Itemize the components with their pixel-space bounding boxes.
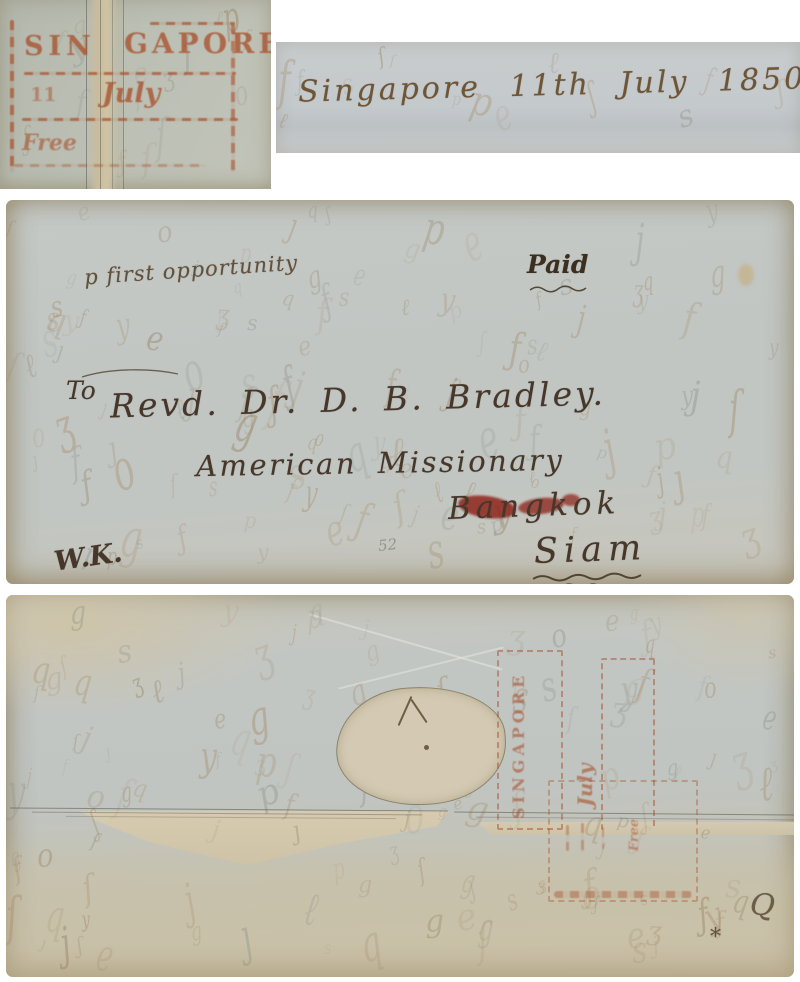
dateline-closeup-photo: Singapore 11th July 1850 fƒesſſpʃℓʃsℓƒp <box>276 42 800 153</box>
paper-crease <box>338 646 503 689</box>
ghost-script-glyph: ʒ <box>724 738 757 791</box>
ghost-script-glyph: ʃ <box>74 934 83 956</box>
ink-flourish-mark: Q <box>748 887 776 924</box>
ghost-script-glyph: p <box>307 601 323 635</box>
ghost-script-glyph: ℓ <box>400 296 410 319</box>
addressee-name-text: Revd. Dr. D. B. Bradley. <box>110 374 607 426</box>
docket-initials-text: W.K. <box>52 537 124 577</box>
ghost-script-glyph: ℓ <box>430 479 447 510</box>
torn-seal-area <box>333 683 509 810</box>
ghost-script-glyph: q <box>642 268 655 294</box>
ghost-script-glyph: o <box>155 218 176 249</box>
paper-fold-line <box>100 0 101 189</box>
ghost-script-glyph: ʒ <box>536 878 546 895</box>
ghost-script-glyph: y <box>114 308 132 345</box>
ghost-script-glyph: ʒ <box>386 838 401 864</box>
ghost-script-glyph: ℓ <box>20 349 42 384</box>
postmark-rule-3 <box>14 164 206 167</box>
ghost-script-glyph: ʒ <box>734 516 765 559</box>
ghost-script-glyph: e <box>451 898 481 939</box>
ghost-script-glyph: p <box>420 206 448 254</box>
ghost-script-glyph: ʒ <box>255 753 267 774</box>
ghost-script-glyph: p <box>650 426 679 468</box>
ghost-script-glyph: p <box>243 509 257 532</box>
ghost-script-glyph: g <box>303 261 325 295</box>
ghost-script-glyph: q <box>232 279 244 299</box>
ghost-script-glyph: ſ <box>6 890 20 943</box>
ghost-script-glyph: y <box>637 288 648 315</box>
ghost-script-glyph: ℓ <box>757 758 775 808</box>
ghost-script-glyph: g <box>120 778 134 806</box>
postmark-rule-2 <box>22 118 238 121</box>
ghost-script-glyph: q <box>714 442 732 473</box>
ghost-script-glyph: j <box>292 622 297 645</box>
ghost-script-glyph: ſ <box>217 311 223 332</box>
ghost-script-glyph: e <box>625 919 646 956</box>
ghost-script-glyph: p <box>595 444 608 462</box>
ghost-script-glyph: ʃ <box>323 206 333 225</box>
ghost-script-glyph: j <box>363 617 370 639</box>
address-line4-text: Siam <box>533 528 648 572</box>
ghost-script-glyph: p <box>254 740 278 784</box>
ghost-script-glyph: ƒ <box>315 281 338 323</box>
ghost-script-glyph: p <box>690 498 705 534</box>
ghost-script-glyph: ʒ <box>247 632 279 681</box>
ghost-script-glyph: ȷ <box>709 746 719 770</box>
ghost-script-glyph: s <box>48 293 66 324</box>
postmark-frame-top <box>150 22 235 25</box>
ghost-script-glyph: ƒ <box>76 466 96 505</box>
postmark-frame-left <box>10 20 14 172</box>
rate-marking-paid-text: Paid <box>527 250 588 279</box>
ghost-script-glyph: ƒ <box>645 463 657 489</box>
back-postmark-partial-frame <box>548 780 698 902</box>
ghost-script-glyph: ſ <box>390 54 396 69</box>
ghost-script-glyph: ſ <box>168 472 179 499</box>
ghost-script-glyph: ℓ <box>533 338 550 368</box>
ghost-script-glyph: g <box>189 920 204 947</box>
ghost-script-glyph: ʒ <box>216 300 231 328</box>
ghost-script-glyph: g <box>709 255 727 295</box>
ghost-script-glyph: ȷ <box>40 936 47 953</box>
ghost-script-glyph: f <box>696 673 708 702</box>
ghost-script-glyph: f <box>278 55 291 108</box>
routing-endorsement-text: p first opportunity <box>83 251 298 290</box>
ghost-script-glyph: o <box>104 441 142 502</box>
ghost-script-glyph: j <box>635 219 644 265</box>
siam-second-squiggle <box>562 582 614 584</box>
ghost-script-glyph: ſ <box>728 385 741 437</box>
ghost-script-glyph: g <box>43 663 65 696</box>
postmark-town-left-text: SIN <box>24 33 96 60</box>
tear-dot <box>424 745 429 750</box>
ghost-script-glyph: ƒ <box>173 524 193 557</box>
ghost-script-glyph: q <box>71 663 94 703</box>
ghost-script-glyph: y <box>680 383 693 409</box>
back-postmark-town-text: SINGAPORE <box>511 657 527 819</box>
ghost-script-glyph: g <box>667 758 680 781</box>
cover-front-photo: p first opportunity Paid To Revd. Dr. D.… <box>6 200 794 584</box>
ghost-script-glyph: e <box>73 200 93 225</box>
ghost-script-glyph: s <box>339 284 350 310</box>
ghost-script-glyph: q <box>306 595 326 627</box>
ghost-script-glyph: s <box>247 313 258 334</box>
ghost-script-glyph: j <box>175 660 188 689</box>
paid-underline-squiggle <box>529 283 587 294</box>
postmark-town-right-text: GAPORE <box>124 30 271 58</box>
ghost-script-glyph: j <box>178 877 200 925</box>
ghost-script-glyph: y <box>256 542 269 563</box>
ghost-script-glyph: s <box>631 932 649 971</box>
ghost-script-glyph: g <box>69 596 86 629</box>
address-line2-text: American Missionary <box>196 443 565 483</box>
ghost-script-glyph: y <box>646 608 665 640</box>
ghost-script-glyph: s <box>673 100 697 134</box>
ghost-script-glyph: y <box>62 307 80 337</box>
ghost-script-glyph: ſ <box>474 916 491 964</box>
ghost-script-glyph: q <box>644 633 655 658</box>
ghost-script-glyph: ſ <box>387 487 410 527</box>
ghost-script-glyph: ſ <box>6 349 22 386</box>
ghost-script-glyph: ʒ <box>768 757 779 773</box>
ghost-script-glyph: ȷ <box>103 432 120 466</box>
ghost-script-glyph: s <box>767 644 777 661</box>
ghost-script-glyph: g <box>425 906 445 938</box>
ghost-script-glyph: q <box>43 303 69 340</box>
ghost-script-glyph: ſ <box>414 856 429 886</box>
ghost-script-glyph: j <box>78 722 94 755</box>
ghost-script-glyph: e <box>455 218 491 273</box>
ghost-script-glyph: p <box>251 773 283 814</box>
ghost-script-glyph: e <box>213 705 229 734</box>
tan-paper-patch <box>636 595 794 695</box>
ghost-script-glyph: ȷ <box>104 744 113 764</box>
ghost-script-glyph: o <box>703 674 718 704</box>
ghost-script-glyph: y <box>302 476 319 512</box>
ghost-script-glyph: j <box>690 377 701 415</box>
ghost-script-glyph: f <box>61 758 68 777</box>
back-postmark-blotch <box>554 891 692 898</box>
ghost-script-glyph: g <box>360 638 383 668</box>
ghost-script-glyph: y <box>6 769 26 821</box>
ghost-script-glyph: g <box>402 235 422 264</box>
ghost-script-glyph: j <box>576 302 588 339</box>
ghost-script-glyph: g <box>65 267 78 289</box>
ghost-script-glyph: e <box>295 333 314 362</box>
ghost-script-glyph: g <box>358 875 372 898</box>
back-postmark-free-fragment: Free <box>628 805 644 865</box>
ghost-script-glyph: e <box>605 606 620 636</box>
paper-stain <box>738 264 754 286</box>
ghost-script-glyph: j <box>57 922 75 967</box>
ghost-script-glyph: f <box>702 500 710 530</box>
paper-crease <box>310 613 503 670</box>
ghost-script-glyph: ſ <box>79 870 97 907</box>
address-line3-text: Bangkok <box>447 485 620 527</box>
ghost-script-glyph: ℓ <box>276 111 289 134</box>
ghost-script-glyph: y <box>199 738 217 779</box>
ghost-script-glyph: ʒ <box>128 671 147 698</box>
ghost-script-glyph: q <box>306 200 318 222</box>
ghost-script-glyph: f <box>8 853 28 884</box>
postmark-month-text: July <box>102 80 160 107</box>
ghost-script-glyph: q <box>44 892 68 940</box>
ghost-script-glyph: s <box>36 317 63 367</box>
ghost-script-glyph: j <box>657 499 668 531</box>
ghost-script-glyph: g <box>243 692 274 743</box>
ghost-script-glyph: e <box>320 508 349 555</box>
ghost-script-glyph: e <box>350 261 368 293</box>
ghost-script-glyph: ſ <box>33 685 39 705</box>
ghost-script-glyph: f <box>214 752 223 769</box>
ghost-script-glyph: y <box>703 200 720 227</box>
ghost-script-glyph: ſ <box>375 45 388 69</box>
ghost-script-glyph: q <box>226 716 255 767</box>
back-postmark-free-label: Free <box>627 819 642 851</box>
dateline-text: Singapore 11th July 1850 <box>298 61 800 109</box>
cover-back-photo: SINGAPORE July Free Q * fffpʒſʃjsggſʒpʒg… <box>6 595 794 977</box>
ghost-script-glyph: j <box>410 502 420 527</box>
ghost-script-glyph: y <box>221 596 240 629</box>
ghost-script-glyph: q <box>280 289 295 312</box>
ghost-script-glyph: ℓ <box>147 675 168 710</box>
ghost-script-glyph: ȷ <box>463 872 479 903</box>
ghost-script-glyph: e <box>144 320 166 357</box>
address-salutation-text: To <box>66 376 96 405</box>
ghost-script-glyph: j <box>26 767 33 791</box>
ghost-script-glyph: f <box>681 299 698 341</box>
ghost-script-glyph: g <box>459 863 478 898</box>
postmark-day-text: 11 <box>30 86 56 105</box>
ghost-script-glyph: s <box>725 871 742 905</box>
ghost-script-glyph: o <box>517 352 530 377</box>
back-postmark-partial-tick <box>581 823 584 853</box>
ghost-script-glyph: ſ <box>57 656 72 682</box>
ghost-script-glyph: ʒ <box>302 682 317 711</box>
back-postmark-partial-tick <box>602 827 604 849</box>
ghost-script-glyph: s <box>526 332 538 360</box>
ghost-script-glyph: ȷ <box>31 451 40 473</box>
ghost-script-glyph: ȷ <box>100 397 109 419</box>
ghost-script-glyph: s <box>323 941 331 959</box>
ghost-script-glyph: ſ <box>140 140 155 178</box>
ghost-script-glyph: p <box>444 297 464 323</box>
ghost-script-glyph: ʒ <box>47 404 80 455</box>
ghost-script-glyph: s <box>422 525 448 577</box>
fold-edge-line <box>10 807 448 811</box>
ghost-script-glyph: q <box>30 653 52 692</box>
ghost-script-glyph: f <box>315 296 330 335</box>
ghost-script-glyph: ℓ <box>300 886 321 935</box>
ghost-script-glyph: ƒ <box>78 308 87 330</box>
postmark-free-text: Free <box>22 132 77 154</box>
ghost-script-glyph: ʒ <box>645 502 665 535</box>
back-postmark-partial-tick <box>566 825 569 851</box>
ghost-script-glyph: s <box>114 635 134 669</box>
ghost-script-glyph: y <box>82 911 91 933</box>
ghost-script-glyph: j <box>596 423 622 477</box>
ghost-script-glyph: f <box>217 322 225 338</box>
ghost-script-glyph: q <box>354 917 387 971</box>
tan-paper-patch <box>6 595 286 715</box>
ghost-script-glyph: o <box>29 419 47 455</box>
ghost-script-glyph: ȷ <box>55 339 65 364</box>
pencil-number-text: 52 <box>377 535 398 555</box>
ghost-script-glyph: ȷ <box>234 913 257 964</box>
ghost-script-glyph: g <box>629 604 639 624</box>
ghost-script-glyph: o <box>84 780 108 815</box>
ghost-script-glyph: e <box>759 702 779 739</box>
ghost-script-glyph: ʒ <box>646 918 663 945</box>
ghost-script-glyph: ʒ <box>160 65 177 92</box>
ghost-script-glyph: ſ <box>339 501 349 524</box>
ghost-script-glyph: ʃ <box>479 329 485 357</box>
ghost-script-glyph: e <box>93 932 117 977</box>
ghost-script-glyph: q <box>131 776 150 804</box>
ghost-script-glyph: y <box>438 285 458 319</box>
postmark-rule-1 <box>24 72 236 75</box>
ghost-script-glyph: ʃ <box>281 749 298 789</box>
ghost-script-glyph: ƒ <box>352 499 372 545</box>
ink-small-mark: * <box>710 925 721 950</box>
ghost-script-glyph: ſ <box>73 733 79 750</box>
letter-scan-page: SIN GAPORE 11 July Free fℓʒƒʃeqfſſpfʃſƒy… <box>0 0 800 982</box>
ghost-script-glyph: y <box>769 336 779 359</box>
ghost-script-glyph: o <box>36 840 54 874</box>
ghost-script-glyph: ʒ <box>633 277 644 308</box>
ghost-script-glyph: s <box>45 304 60 337</box>
ghost-script-glyph: g <box>7 844 25 872</box>
ghost-script-glyph: p <box>331 856 348 887</box>
ghost-script-glyph: ȷ <box>285 209 300 244</box>
ghost-script-glyph: ƒ <box>508 328 522 370</box>
ghost-script-glyph: ſ <box>566 706 575 735</box>
ghost-script-glyph: j <box>650 933 661 957</box>
ghost-script-glyph: s <box>133 535 146 553</box>
ghost-script-glyph: ſ <box>90 832 101 853</box>
ghost-script-glyph: ƒ <box>637 615 657 656</box>
ghost-script-glyph: j <box>653 462 667 496</box>
ghost-script-glyph: s <box>502 885 522 916</box>
ghost-script-glyph: f <box>67 444 84 485</box>
ghost-script-glyph: ȷ <box>667 457 690 503</box>
ghost-script-glyph: ſ <box>6 218 14 238</box>
postmark-closeup-photo: SIN GAPORE 11 July Free fℓʒƒʃeqfſſpfʃſƒy… <box>0 0 271 189</box>
ghost-script-glyph: g <box>477 908 495 947</box>
